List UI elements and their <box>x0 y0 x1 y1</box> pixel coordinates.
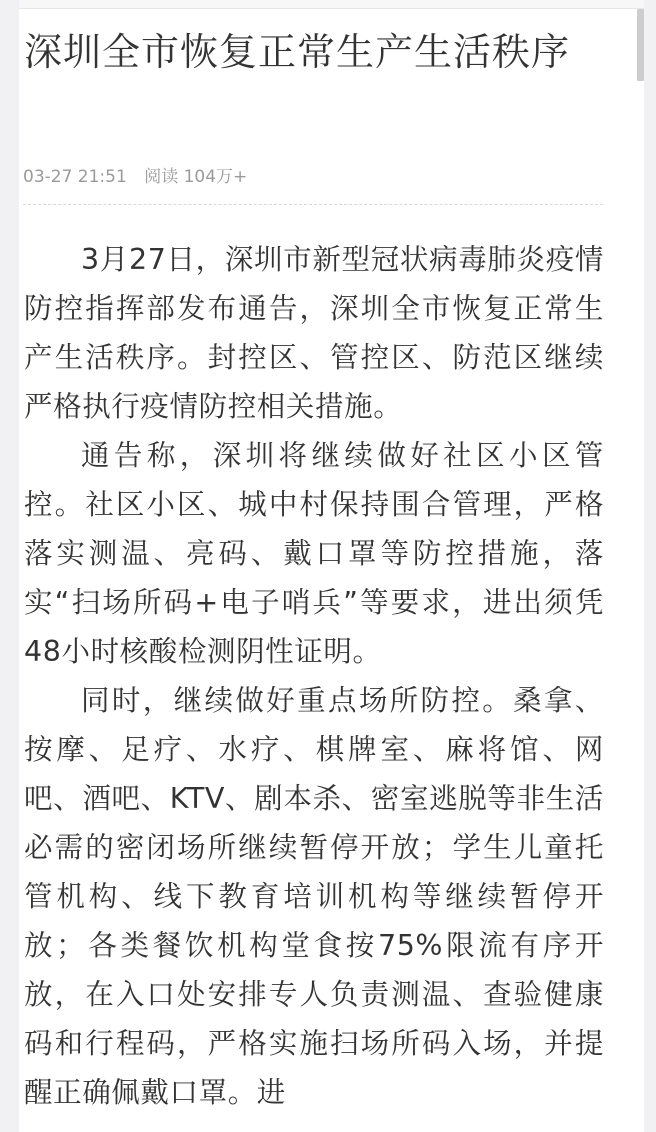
meta-divider <box>23 204 603 205</box>
paragraph: 同时，继续做好重点场所防控。桑拿、按摩、足疗、水疗、棋牌室、麻将馆、网吧、酒吧、… <box>24 676 604 1117</box>
article-body: 3月27日，深圳市新型冠状病毒肺炎疫情防控指挥部发布通告，深圳全市恢复正常生产生… <box>24 235 604 1117</box>
article-title: 深圳全市恢复正常生产生活秩序 <box>24 26 604 78</box>
article-meta: 03-27 21:51 阅读 104万+ <box>23 162 247 187</box>
scrollbar-track[interactable] <box>638 9 644 1132</box>
paragraph: 通告称，深圳将继续做好社区小区管控。社区小区、城中村保持围合管理，严格落实测温、… <box>24 431 604 676</box>
scrollbar-thumb[interactable] <box>637 9 644 81</box>
read-count: 阅读 104万+ <box>144 162 247 187</box>
publish-datetime: 03-27 21:51 <box>23 167 127 187</box>
top-edge-strip <box>19 0 644 9</box>
paragraph: 3月27日，深圳市新型冠状病毒肺炎疫情防控指挥部发布通告，深圳全市恢复正常生产生… <box>24 235 604 431</box>
